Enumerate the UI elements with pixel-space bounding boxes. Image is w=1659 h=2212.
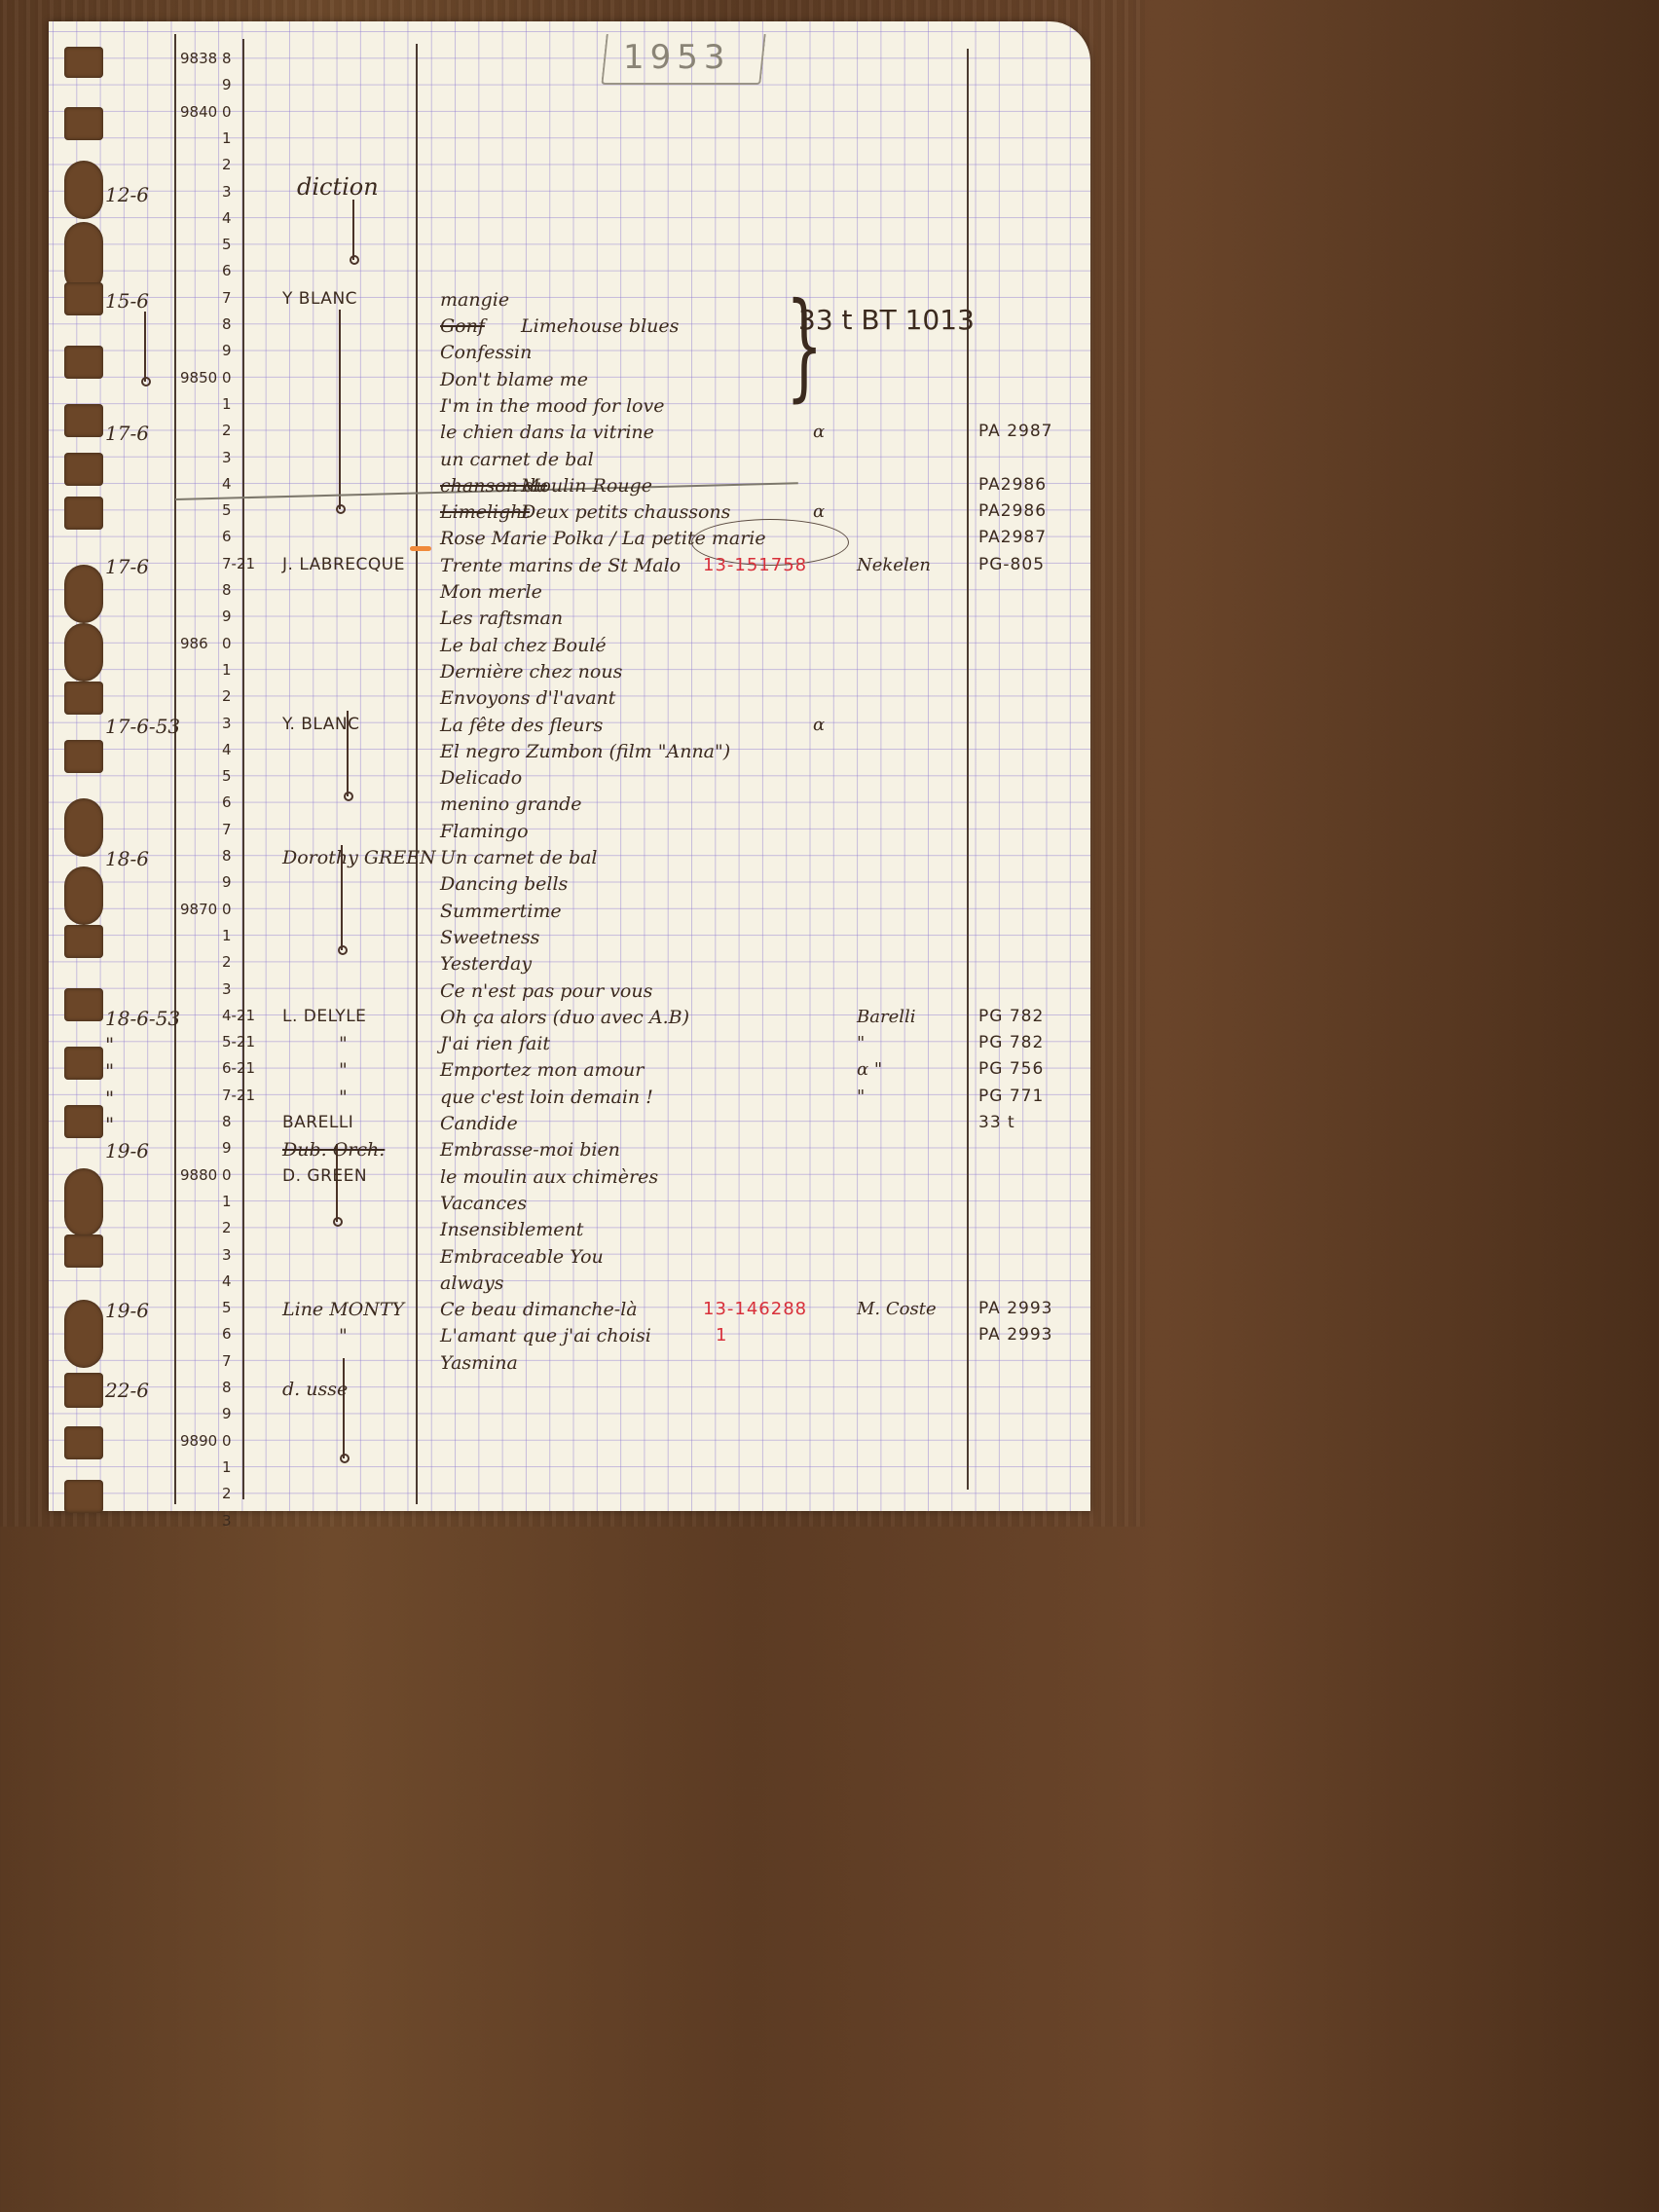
column-divider-ref xyxy=(967,49,969,1490)
song-title: Oh ça alors (duo avec A.B) xyxy=(440,1009,689,1027)
red-matrix-number: 1 xyxy=(716,1327,727,1345)
song-title: Sweetness xyxy=(440,929,539,947)
matrix-digit: 5 xyxy=(222,503,232,518)
song-title: menino grande xyxy=(440,795,582,814)
catalog-reference: 33 t xyxy=(978,1115,1015,1131)
matrix-digit: 6 xyxy=(222,530,232,544)
catalog-reference: PA2987 xyxy=(978,530,1047,546)
artist: diction xyxy=(297,175,379,199)
song-title: Deux petits chaussons xyxy=(521,503,730,522)
orange-highlight xyxy=(410,546,431,551)
side-note: " xyxy=(857,1088,865,1106)
side-note: M. Coste xyxy=(857,1301,937,1318)
catalog-reference: PA 2993 xyxy=(978,1301,1052,1317)
song-title: Trente marins de St Malo xyxy=(440,557,681,575)
row-date: " xyxy=(105,1088,114,1108)
matrix-digit: 5 xyxy=(222,1301,232,1315)
binder-hole xyxy=(64,798,103,857)
matrix-digit: 4 xyxy=(222,1274,232,1289)
matrix-digit: 1 xyxy=(222,663,232,678)
bracket-label: 33 t BT 1013 xyxy=(798,307,975,334)
binder-hole xyxy=(64,453,103,486)
side-note: α xyxy=(813,424,825,441)
matrix-digit: 7 xyxy=(222,1354,232,1369)
matrix-digit: 7 xyxy=(222,291,232,306)
binder-hole xyxy=(64,47,103,78)
session-connector xyxy=(339,310,341,509)
song-title: Dancing bells xyxy=(440,875,568,894)
artist: d. usse xyxy=(282,1381,348,1399)
matrix-digit: 4 xyxy=(222,743,232,757)
matrix-digit: 6 xyxy=(222,1327,232,1342)
artist: Y BLANC xyxy=(282,291,357,308)
matrix-digit: 5 xyxy=(222,769,232,784)
struck-text: Limelight xyxy=(440,503,530,522)
matrix-digit: 4 xyxy=(222,477,232,492)
matrix-digit: 7-21 xyxy=(222,557,255,571)
matrix-prefix: 9850 xyxy=(180,371,217,386)
matrix-digit: 8 xyxy=(222,1381,232,1395)
song-title: Yasmina xyxy=(440,1354,518,1373)
binder-hole xyxy=(64,107,103,140)
song-title: Les raftsman xyxy=(440,609,563,628)
song-title: Mon merle xyxy=(440,583,542,602)
matrix-digit: 2 xyxy=(222,955,232,970)
binder-hole xyxy=(64,623,103,682)
song-title: J'ai rien fait xyxy=(440,1035,550,1053)
matrix-digit: 2 xyxy=(222,1487,232,1501)
binder-hole xyxy=(64,1168,103,1236)
matrix-prefix: 9890 xyxy=(180,1434,217,1449)
binder-hole xyxy=(64,161,103,219)
matrix-prefix: 9870 xyxy=(180,903,217,917)
binder-hole xyxy=(64,346,103,379)
matrix-digit: 9 xyxy=(222,1141,232,1156)
matrix-digit: 8 xyxy=(222,317,232,332)
artist: J. LABRECQUE xyxy=(282,557,405,573)
song-title: Ce n'est pas pour vous xyxy=(440,982,652,1001)
artist: Y. BLANC xyxy=(282,717,360,733)
song-title: Emportez mon amour xyxy=(440,1061,644,1080)
matrix-digit: 5 xyxy=(222,238,232,252)
song-title: Moulin Rouge xyxy=(521,477,652,496)
song-title: Rose Marie Polka / La petite marie xyxy=(440,530,766,548)
catalog-reference: PA2986 xyxy=(978,503,1047,520)
song-title: Flamingo xyxy=(440,823,529,841)
matrix-digit: 1 xyxy=(222,929,232,943)
session-connector xyxy=(144,312,146,382)
row-date: 18-6-53 xyxy=(105,1009,180,1028)
catalog-reference: PG 756 xyxy=(978,1061,1044,1078)
binder-hole xyxy=(64,740,103,773)
song-title: Candide xyxy=(440,1115,518,1133)
matrix-digit: 3 xyxy=(222,1514,232,1528)
column-divider-matrix xyxy=(242,39,244,1499)
binder-hole xyxy=(64,497,103,530)
struck-text: Gonf xyxy=(440,317,485,336)
year-label: 1953 xyxy=(623,41,731,74)
binder-hole xyxy=(64,1235,103,1268)
matrix-digit: 1 xyxy=(222,1460,232,1475)
column-divider-date xyxy=(174,34,176,1504)
row-date: " xyxy=(105,1061,114,1081)
artist: " xyxy=(339,1061,348,1080)
catalog-reference: PA 2987 xyxy=(978,424,1052,440)
song-title: Un carnet de bal xyxy=(440,849,598,867)
song-title: Don't blame me xyxy=(440,371,588,389)
matrix-prefix: 9838 xyxy=(180,52,217,66)
row-date: 17-6 xyxy=(105,424,149,443)
matrix-digit: 2 xyxy=(222,1221,232,1235)
matrix-digit: 8 xyxy=(222,583,232,598)
matrix-digit: 0 xyxy=(222,637,232,651)
song-title: que c'est loin demain ! xyxy=(440,1088,653,1107)
artist: " xyxy=(339,1035,348,1053)
catalog-reference: PG-805 xyxy=(978,557,1045,573)
matrix-digit: 3 xyxy=(222,451,232,465)
matrix-digit: 0 xyxy=(222,1434,232,1449)
matrix-prefix: 986 xyxy=(180,637,208,651)
matrix-digit: 7 xyxy=(222,823,232,837)
artist: D. GREEN xyxy=(282,1168,367,1185)
row-date: " xyxy=(105,1035,114,1054)
catalog-reference: PA2986 xyxy=(978,477,1047,494)
song-title: Ce beau dimanche-là xyxy=(440,1301,638,1319)
side-note: Barelli xyxy=(857,1009,916,1026)
matrix-digit: 0 xyxy=(222,371,232,386)
binder-hole xyxy=(64,866,103,925)
row-date: 17-6 xyxy=(105,557,149,576)
row-date: 19-6 xyxy=(105,1141,149,1161)
column-divider-artist xyxy=(416,44,418,1504)
catalog-reference: PG 782 xyxy=(978,1009,1044,1025)
matrix-digit: 5-21 xyxy=(222,1035,255,1050)
side-note: " xyxy=(857,1035,865,1052)
song-title: Vacances xyxy=(440,1195,527,1213)
matrix-digit: 4-21 xyxy=(222,1009,255,1023)
song-title: un carnet de bal xyxy=(440,451,594,469)
artist: Line MONTY xyxy=(282,1301,404,1319)
binder-hole xyxy=(64,404,103,437)
matrix-digit: 3 xyxy=(222,185,232,200)
song-title: El negro Zumbon (film "Anna") xyxy=(440,743,730,761)
song-title: Dernière chez nous xyxy=(440,663,622,682)
row-date: 15-6 xyxy=(105,291,149,311)
matrix-digit: 2 xyxy=(222,424,232,438)
matrix-digit: 3 xyxy=(222,1248,232,1263)
binder-hole xyxy=(64,282,103,315)
matrix-digit: 4 xyxy=(222,211,232,226)
song-title: mangie xyxy=(440,291,509,310)
binder-hole xyxy=(64,1105,103,1138)
catalog-reference: PG 782 xyxy=(978,1035,1044,1051)
matrix-digit: 8 xyxy=(222,52,232,66)
red-matrix-number: 13-151758 xyxy=(703,557,807,574)
binder-hole xyxy=(64,925,103,958)
song-title: le chien dans la vitrine xyxy=(440,424,654,442)
matrix-digit: 9 xyxy=(222,344,232,358)
song-title: La fête des fleurs xyxy=(440,717,603,735)
artist: Dorothy GREEN xyxy=(282,849,436,867)
side-note: α " xyxy=(857,1061,882,1079)
matrix-digit: 2 xyxy=(222,689,232,704)
matrix-digit: 9 xyxy=(222,609,232,624)
song-title: I'm in the mood for love xyxy=(440,397,664,416)
catalog-reference: PA 2993 xyxy=(978,1327,1052,1344)
row-date: 18-6 xyxy=(105,849,149,868)
red-matrix-number: 13-146288 xyxy=(703,1301,807,1318)
matrix-digit: 7-21 xyxy=(222,1088,255,1103)
session-connector xyxy=(343,1358,345,1458)
song-title: Delicado xyxy=(440,769,522,788)
notebook-page xyxy=(49,21,1090,1511)
matrix-prefix: 9840 xyxy=(180,105,217,120)
matrix-digit: 3 xyxy=(222,717,232,731)
matrix-prefix: 9880 xyxy=(180,1168,217,1183)
song-title: Limehouse blues xyxy=(521,317,679,336)
row-date: 19-6 xyxy=(105,1301,149,1320)
matrix-digit: 1 xyxy=(222,131,232,146)
matrix-digit: 8 xyxy=(222,849,232,864)
matrix-digit: 0 xyxy=(222,1168,232,1183)
matrix-digit: 0 xyxy=(222,105,232,120)
artist: " xyxy=(339,1327,348,1346)
song-title: Embraceable You xyxy=(440,1248,604,1267)
artist: Dub. Orch. xyxy=(282,1141,385,1160)
song-title: always xyxy=(440,1274,503,1293)
matrix-digit: 8 xyxy=(222,1115,232,1129)
binder-hole xyxy=(64,1426,103,1459)
side-note: Nekelen xyxy=(857,557,931,574)
binder-hole xyxy=(64,988,103,1021)
side-note: α xyxy=(813,717,825,734)
binder-hole xyxy=(64,1300,103,1368)
binder-hole xyxy=(64,1047,103,1080)
song-title: Insensiblement xyxy=(440,1221,583,1239)
matrix-digit: 2 xyxy=(222,158,232,172)
song-title: Embrasse-moi bien xyxy=(440,1141,620,1160)
matrix-digit: 1 xyxy=(222,397,232,412)
song-title: Confessin xyxy=(440,344,532,362)
song-title: L'amant que j'ai choisi xyxy=(440,1327,651,1346)
matrix-digit: 6-21 xyxy=(222,1061,255,1076)
song-title: Summertime xyxy=(440,903,562,921)
matrix-digit: 9 xyxy=(222,1407,232,1421)
binder-hole xyxy=(64,682,103,715)
matrix-digit: 6 xyxy=(222,264,232,278)
matrix-digit: 0 xyxy=(222,903,232,917)
row-date: " xyxy=(105,1115,114,1134)
matrix-digit: 3 xyxy=(222,982,232,997)
song-title: Yesterday xyxy=(440,955,532,974)
side-note: α xyxy=(813,503,825,521)
matrix-digit: 1 xyxy=(222,1195,232,1209)
matrix-digit: 9 xyxy=(222,875,232,890)
matrix-digit: 9 xyxy=(222,78,232,92)
song-title: Le bal chez Boulé xyxy=(440,637,607,655)
song-title: le moulin aux chimères xyxy=(440,1168,658,1187)
binder-hole xyxy=(64,1373,103,1408)
catalog-reference: PG 771 xyxy=(978,1088,1044,1105)
artist: BARELLI xyxy=(282,1115,353,1131)
artist: " xyxy=(339,1088,348,1107)
row-date: 22-6 xyxy=(105,1381,149,1400)
session-connector xyxy=(352,200,354,260)
row-date: 12-6 xyxy=(105,185,149,204)
row-date: 17-6-53 xyxy=(105,717,180,736)
song-title: Envoyons d'l'avant xyxy=(440,689,615,708)
binder-hole xyxy=(64,565,103,623)
matrix-digit: 6 xyxy=(222,795,232,810)
artist: L. DELYLE xyxy=(282,1009,366,1025)
binder-hole xyxy=(64,1480,103,1513)
